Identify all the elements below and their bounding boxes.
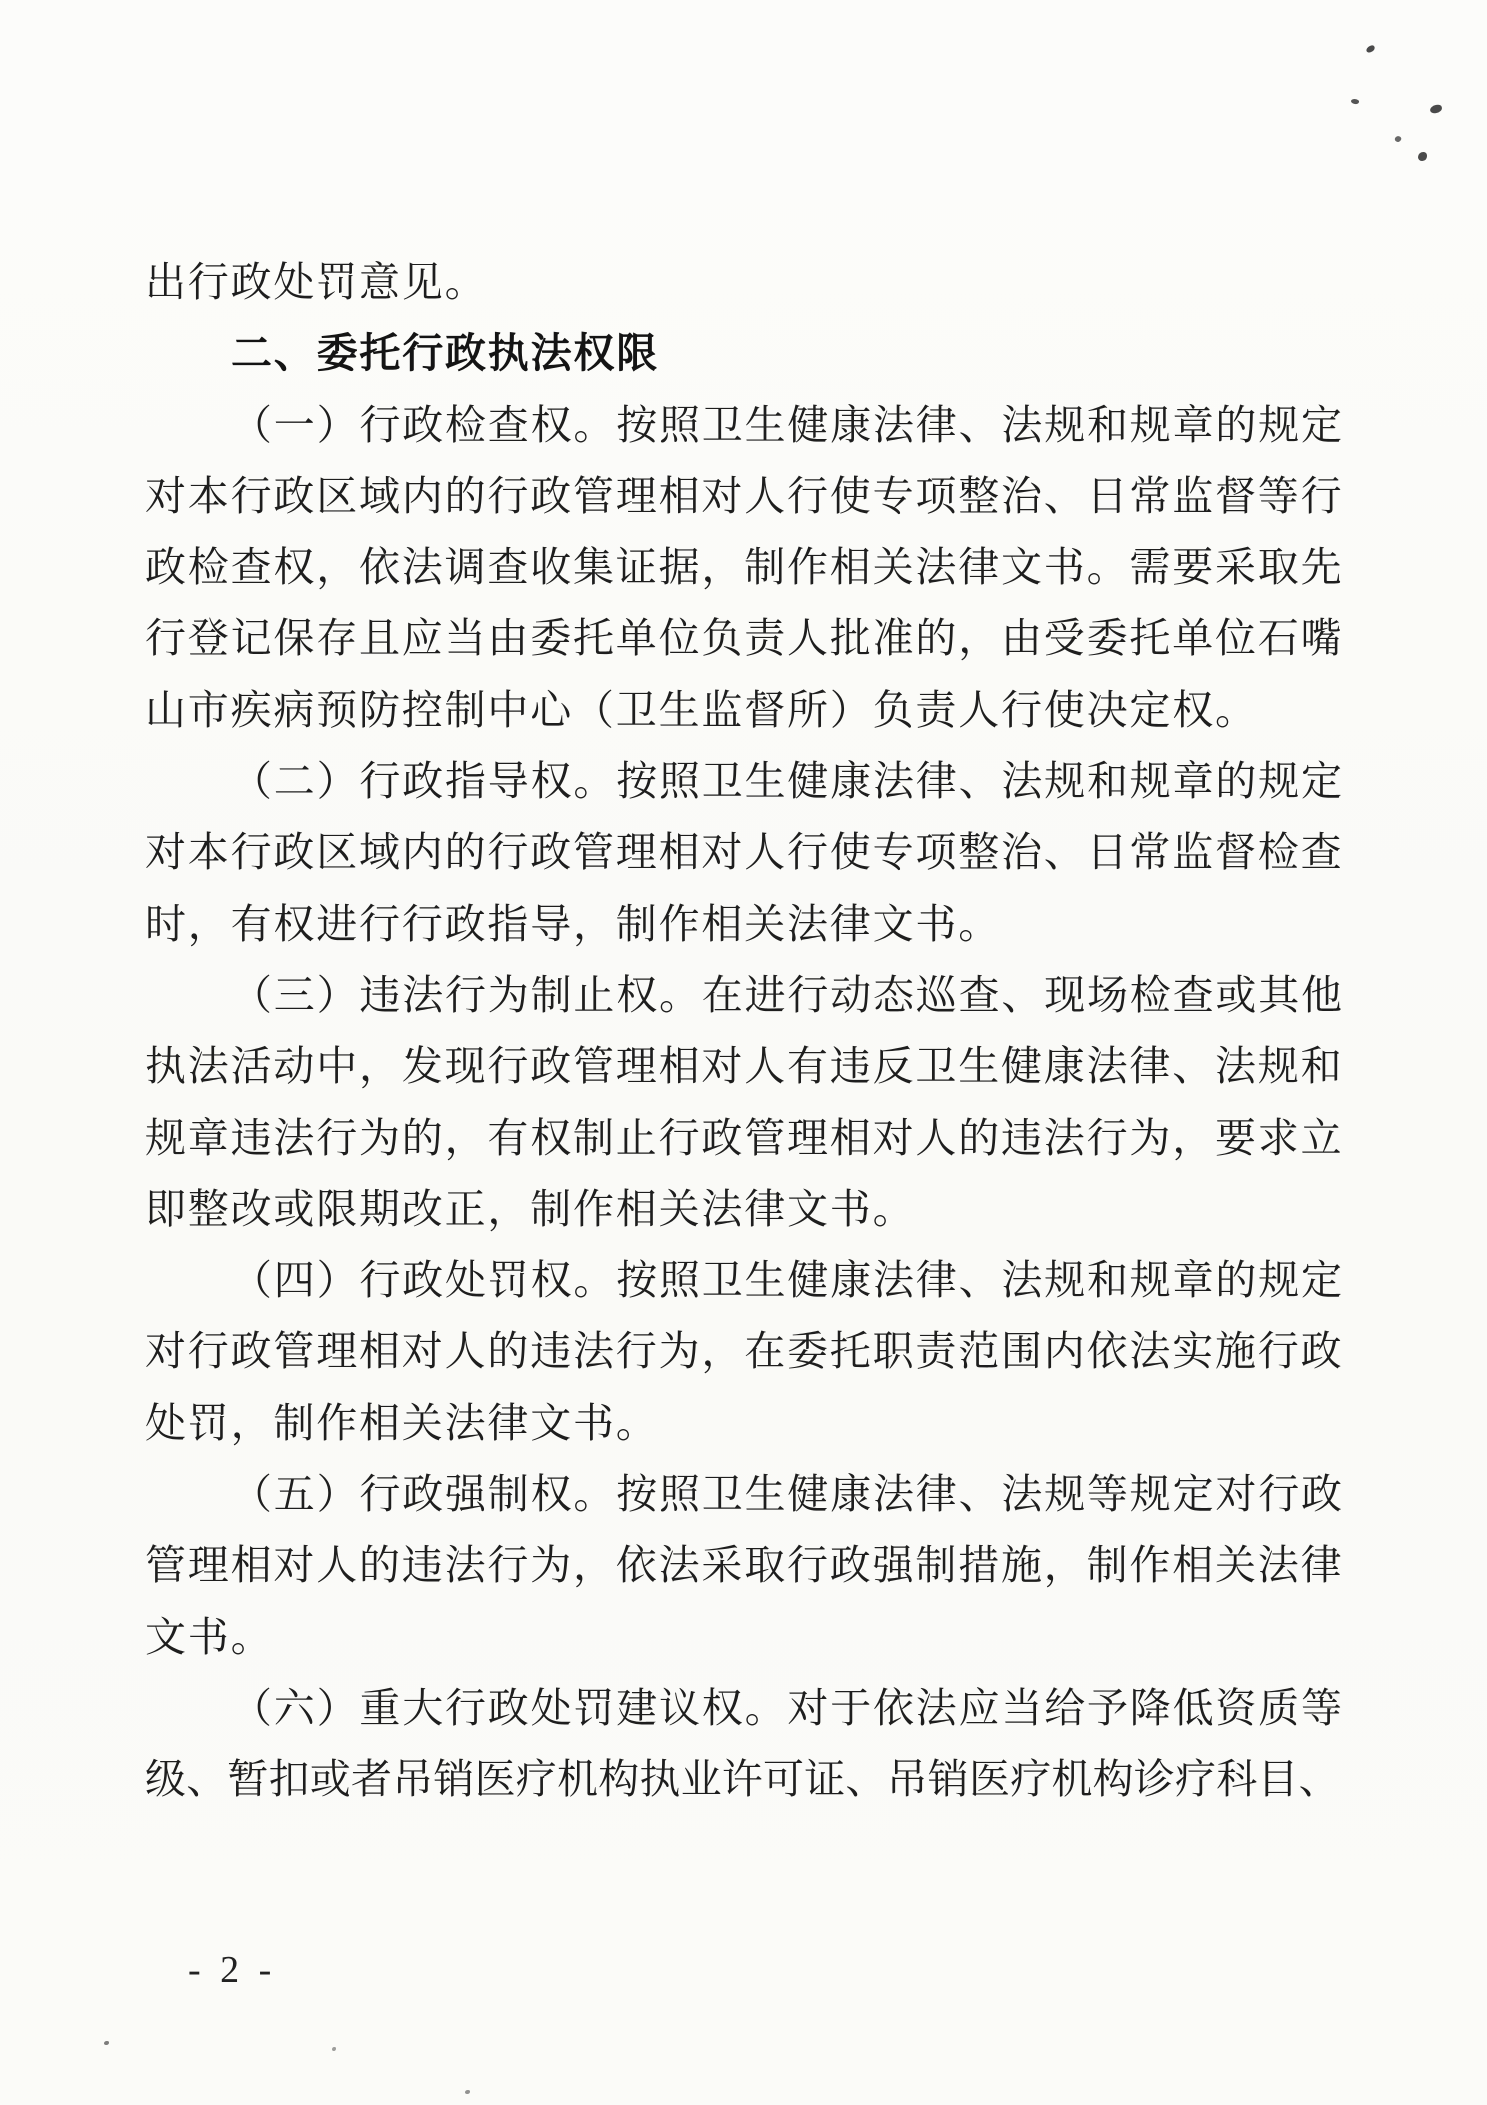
text-line: 行登记保存且应当由委托单位负责人批准的，由受委托单位石嘴 (145, 603, 1355, 674)
text-line: 对行政管理相对人的违法行为，在委托职责范围内依法实施行政 (145, 1316, 1355, 1387)
text-line: 出行政处罚意见。 (145, 247, 1355, 318)
text-line: （三）违法行为制止权。在进行动态巡查、现场检查或其他 (145, 960, 1355, 1031)
ink-speck (1418, 152, 1427, 161)
document-page: 出行政处罚意见。 二、委托行政执法权限 （一）行政检查权。按照卫生健康法律、法规… (0, 0, 1487, 2105)
document-body-text: 出行政处罚意见。 二、委托行政执法权限 （一）行政检查权。按照卫生健康法律、法规… (145, 247, 1355, 1816)
ink-speck (465, 2090, 470, 2094)
text-line: 级、暂扣或者吊销医疗机构执业许可证、吊销医疗机构诊疗科目、 (145, 1744, 1355, 1815)
text-line: （六）重大行政处罚建议权。对于依法应当给予降低资质等 (145, 1673, 1355, 1744)
text-line: 山市疾病预防控制中心（卫生监督所）负责人行使决定权。 (145, 675, 1355, 746)
text-line: 政检查权，依法调查收集证据，制作相关法律文书。需要采取先 (145, 532, 1355, 603)
text-line: 时，有权进行行政指导，制作相关法律文书。 (145, 889, 1355, 960)
text-line: 规章违法行为的，有权制止行政管理相对人的违法行为，要求立 (145, 1103, 1355, 1174)
section-heading: 二、委托行政执法权限 (145, 318, 1355, 389)
page-number: - 2 - (188, 1948, 276, 1992)
text-line: （四）行政处罚权。按照卫生健康法律、法规和规章的规定 (145, 1245, 1355, 1316)
ink-speck (1365, 44, 1376, 53)
text-line: 对本行政区域内的行政管理相对人行使专项整治、日常监督检查 (145, 817, 1355, 888)
text-line: （五）行政强制权。按照卫生健康法律、法规等规定对行政 (145, 1459, 1355, 1530)
text-line: （一）行政检查权。按照卫生健康法律、法规和规章的规定 (145, 390, 1355, 461)
text-line: 管理相对人的违法行为，依法采取行政强制措施，制作相关法律 (145, 1530, 1355, 1601)
text-line: 处罚，制作相关法律文书。 (145, 1388, 1355, 1459)
text-line: 文书。 (145, 1602, 1355, 1673)
ink-speck (332, 2047, 336, 2051)
ink-speck (1429, 104, 1442, 114)
text-line: 执法活动中，发现行政管理相对人有违反卫生健康法律、法规和 (145, 1031, 1355, 1102)
text-line: （二）行政指导权。按照卫生健康法律、法规和规章的规定 (145, 746, 1355, 817)
ink-speck (1350, 98, 1359, 105)
text-line: 即整改或限期改正，制作相关法律文书。 (145, 1174, 1355, 1245)
text-line: 对本行政区域内的行政管理相对人行使专项整治、日常监督等行 (145, 461, 1355, 532)
ink-speck (104, 2041, 109, 2045)
ink-speck (1394, 135, 1402, 143)
